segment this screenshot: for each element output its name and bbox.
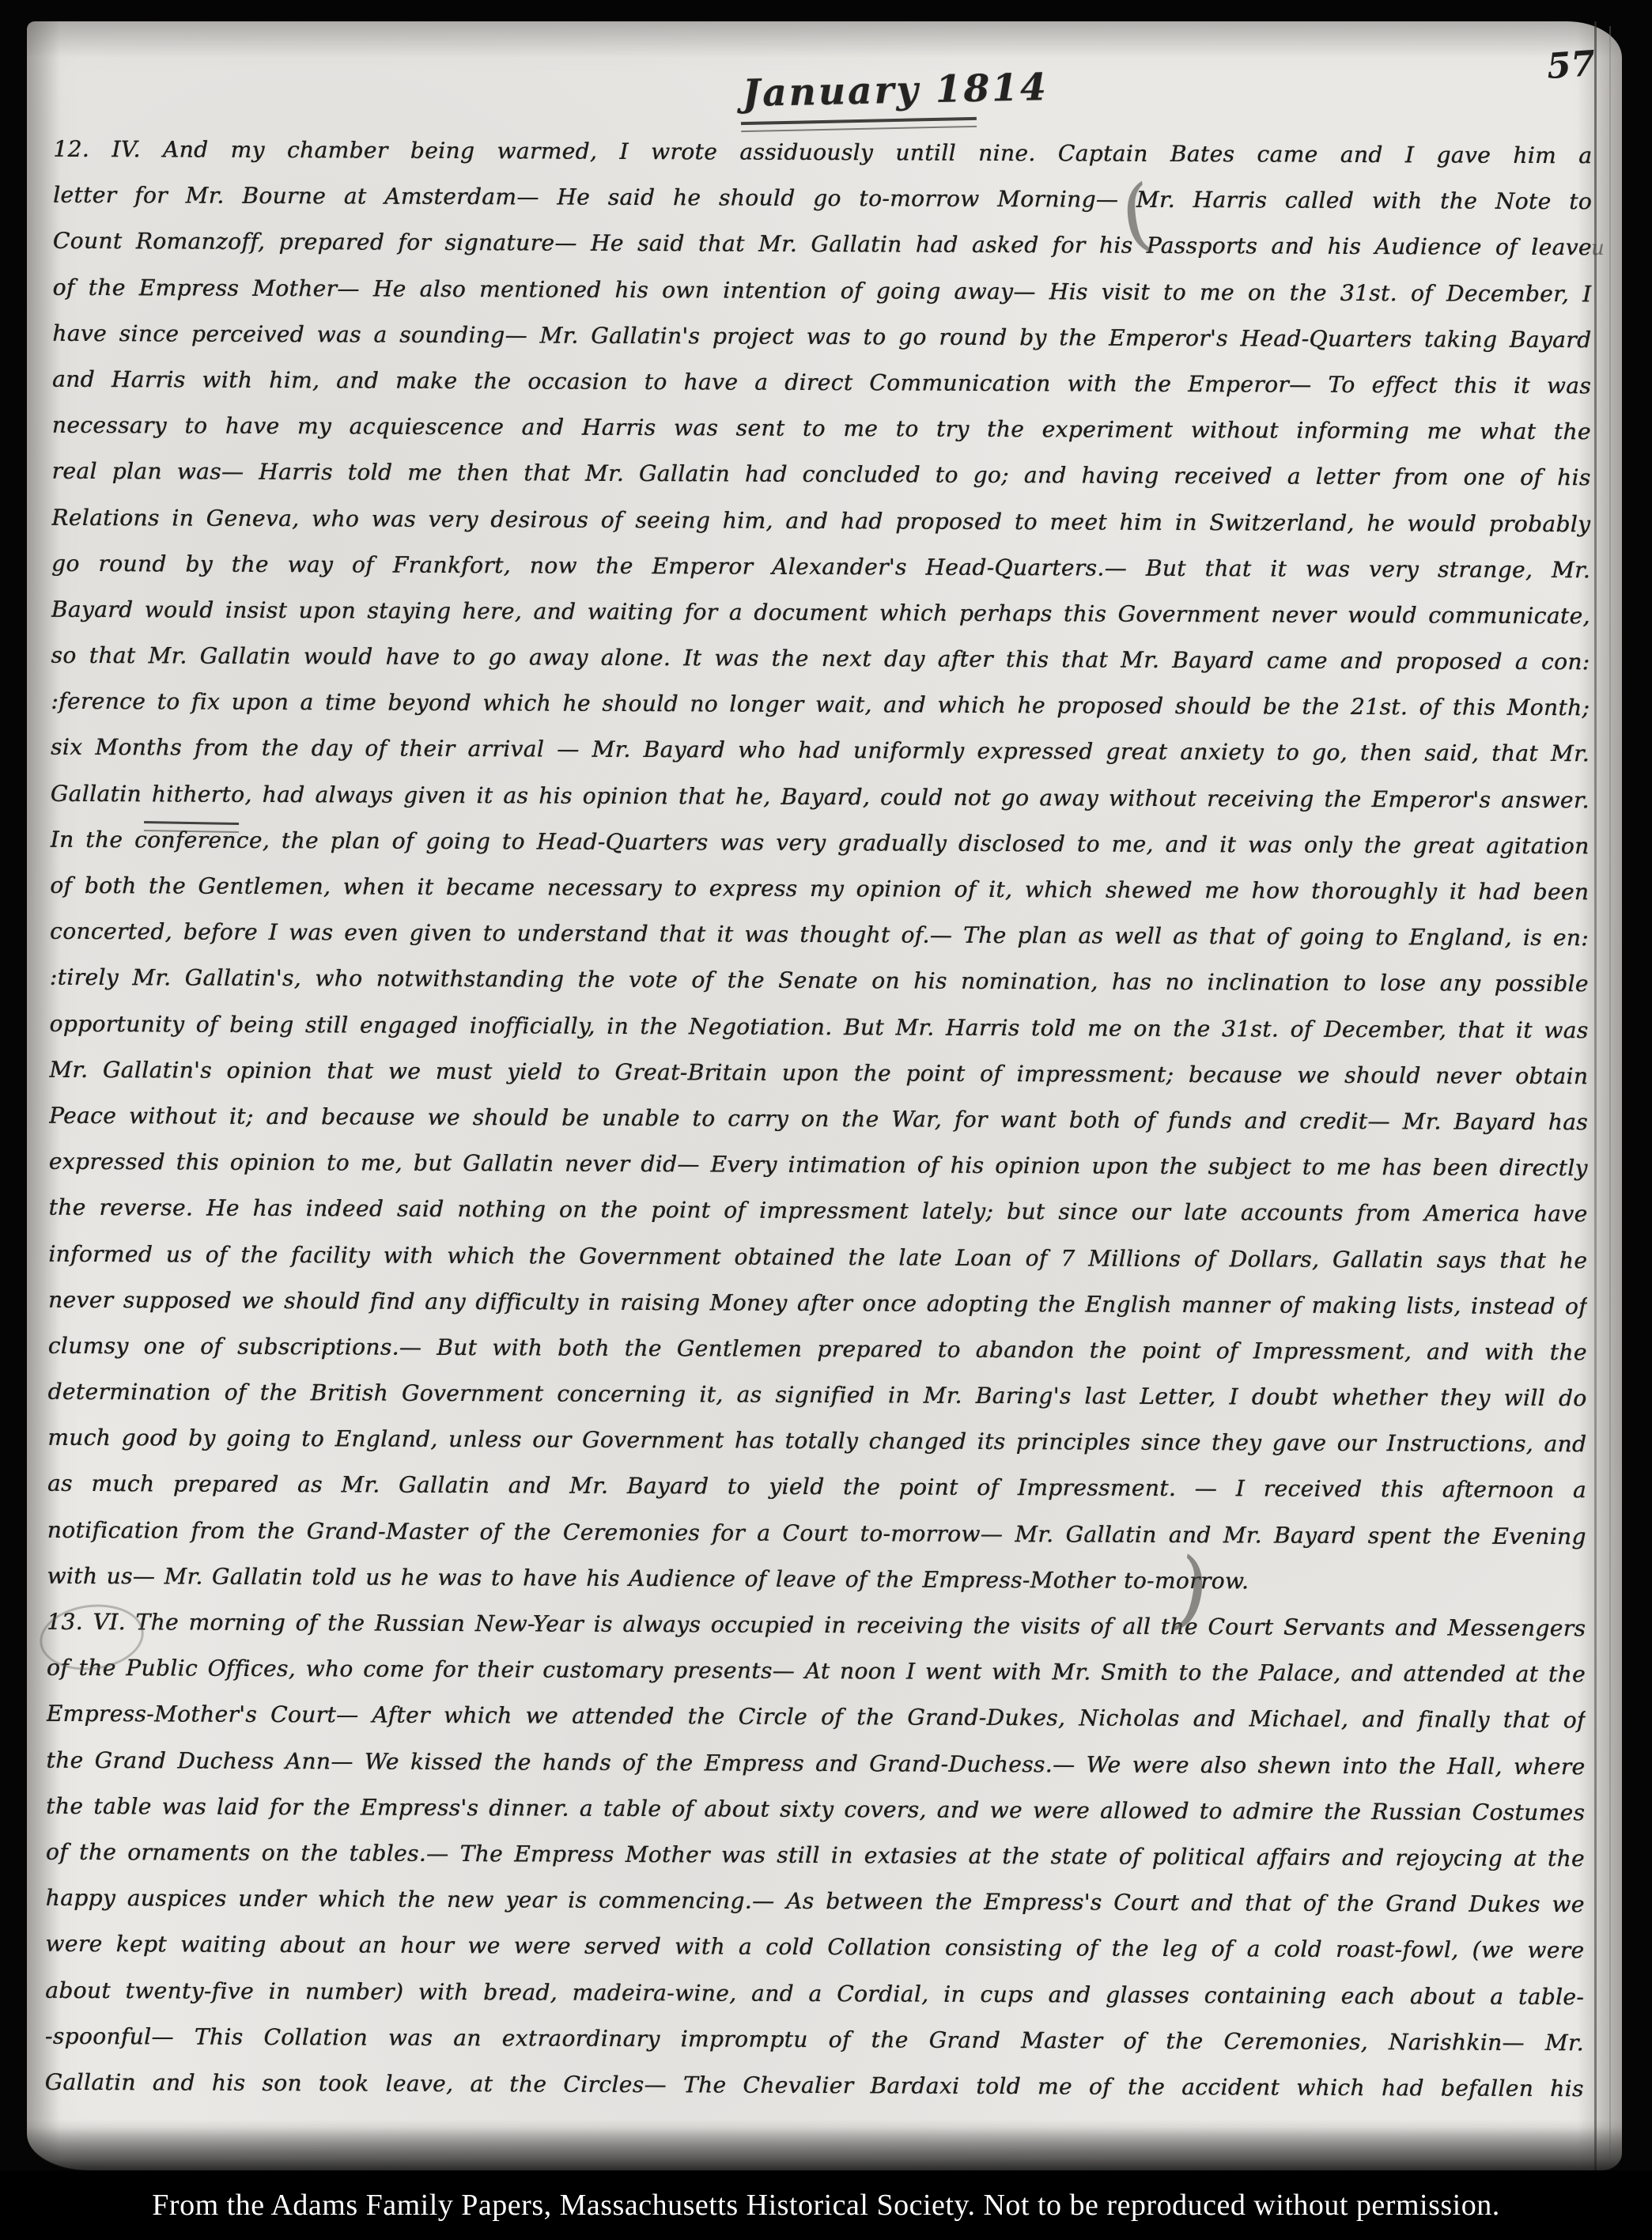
credit-line: From the Adams Family Papers, Massachuse… — [0, 2188, 1652, 2223]
manuscript-line: informed us of the facility with which t… — [48, 1231, 1587, 1284]
manuscript-line: -spoonful— This Collation was an extraor… — [45, 2013, 1584, 2066]
manuscript-line: Peace without it; and because we should … — [49, 1093, 1588, 1146]
manuscript-line: Empress-Mother's Court— After which we a… — [47, 1691, 1586, 1744]
manuscript-line: expressed this opinion to me, but Gallat… — [49, 1139, 1588, 1192]
manuscript-line: Relations in Geneva, who was very desiro… — [51, 494, 1590, 547]
manuscript-line: six Months from the day of their arrival… — [51, 725, 1590, 778]
margin-ink-mark: u — [1591, 236, 1605, 260]
manuscript-text: 12. IV. And my chamber being warmed, I w… — [45, 127, 1593, 2113]
manuscript-line: happy auspices under which the new year … — [46, 1875, 1585, 1928]
manuscript-line: 13. VI. The morning of the Russian New-Y… — [47, 1599, 1586, 1652]
manuscript-line: real plan was— Harris told me then that … — [51, 448, 1590, 501]
page-edge-line — [1594, 21, 1597, 2170]
manuscript-line: :tirely Mr. Gallatin's, who notwithstand… — [50, 955, 1589, 1008]
manuscript-line: and Harris with him, and make the occasi… — [52, 357, 1591, 410]
manuscript-line: Mr. Gallatin's opinion that we must yiel… — [49, 1047, 1588, 1100]
manuscript-line: determination of the British Government … — [47, 1369, 1586, 1422]
manuscript-line: go round by the way of Frankfort, now th… — [51, 540, 1590, 593]
page-bottom-shadow — [27, 2128, 1622, 2172]
manuscript-line: were kept waiting about an hour we were … — [45, 1921, 1584, 1974]
manuscript-line: so that Mr. Gallatin would have to go aw… — [51, 633, 1590, 686]
manuscript-line: never supposed we should find any diffic… — [48, 1277, 1587, 1330]
manuscript-line: of the Empress Mother— He also mentioned… — [52, 264, 1591, 317]
manuscript-line: of both the Gentlemen, when it became ne… — [50, 863, 1589, 916]
manuscript-line: of the ornaments on the tables.— The Emp… — [46, 1829, 1585, 1882]
manuscript-line: as much prepared as Mr. Gallatin and Mr.… — [47, 1461, 1586, 1514]
manuscript-line: Gallatin and his son took leave, at the … — [45, 2060, 1584, 2113]
manuscript-line: much good by going to England, unless ou… — [47, 1415, 1586, 1468]
manuscript-page: January 1814 57 12. IV. And my chamber b… — [27, 21, 1622, 2170]
scanned-page: January 1814 57 12. IV. And my chamber b… — [0, 0, 1652, 2240]
page-title: January 1814 — [742, 66, 1049, 115]
manuscript-line: Bayard would insist upon staying here, a… — [51, 587, 1590, 640]
manuscript-line: about twenty-five in number) with bread,… — [45, 1967, 1584, 2020]
manuscript-line: Gallatin hitherto, had always given it a… — [51, 770, 1590, 823]
manuscript-line: notification from the Grand-Master of th… — [47, 1507, 1586, 1560]
manuscript-line: the table was laid for the Empress's din… — [46, 1783, 1585, 1836]
manuscript-line: letter for Mr. Bourne at Amsterdam— He s… — [53, 172, 1592, 225]
manuscript-line: have since perceived was a sounding— Mr.… — [52, 311, 1591, 364]
page-number: 57 — [1545, 44, 1597, 87]
manuscript-line: concerted, before I was even given to un… — [50, 909, 1589, 962]
hitherto-underline — [144, 821, 239, 833]
manuscript-line: necessary to have my acquiescence and Ha… — [52, 403, 1591, 456]
manuscript-line: with us— Mr. Gallatin told us he was to … — [47, 1553, 1586, 1606]
manuscript-line: :ference to fix upon a time beyond which… — [51, 679, 1590, 732]
manuscript-line: In the conference, the plan of going to … — [50, 817, 1589, 870]
footer-band: From the Adams Family Papers, Massachuse… — [0, 2170, 1652, 2240]
manuscript-line: 12. IV. And my chamber being warmed, I w… — [53, 127, 1592, 180]
manuscript-line: opportunity of being still engaged inoff… — [49, 1001, 1588, 1054]
manuscript-line: the Grand Duchess Ann— We kissed the han… — [46, 1737, 1585, 1790]
manuscript-line: of the Public Offices, who come for thei… — [47, 1645, 1586, 1698]
manuscript-line: clumsy one of subscriptions.— But with b… — [48, 1323, 1587, 1376]
manuscript-line: the reverse. He has indeed said nothing … — [48, 1185, 1587, 1238]
page-edge-line-secondary — [1609, 26, 1611, 2167]
manuscript-line: Count Romanzoff, prepared for signature—… — [53, 218, 1592, 271]
